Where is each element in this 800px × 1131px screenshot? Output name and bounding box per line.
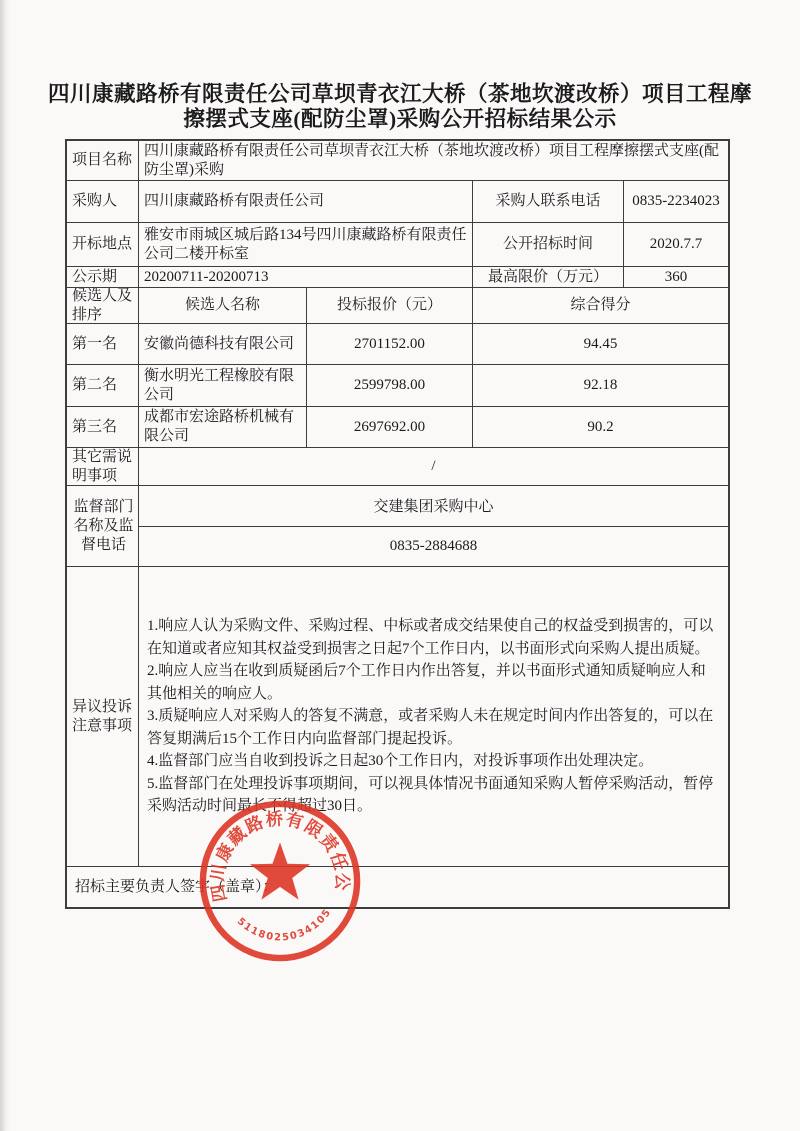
candidate-3-rank: 第三名 bbox=[67, 407, 139, 447]
result-table: 项目名称 四川康藏路桥有限责任公司草坝青衣江大桥（茶地坎渡改桥）项目工程摩擦摆式… bbox=[65, 139, 730, 909]
opening-time-value: 2020.7.7 bbox=[624, 223, 728, 266]
purchaser-value: 四川康藏路桥有限责任公司 bbox=[139, 181, 473, 222]
max-price-value: 360 bbox=[624, 267, 728, 287]
candidate-2-name: 衡水明光工程橡胶有限公司 bbox=[139, 365, 307, 406]
project-name-value: 四川康藏路桥有限责任公司草坝青衣江大桥（茶地坎渡改桥）项目工程摩擦摆式支座(配防… bbox=[139, 141, 728, 180]
purchaser-phone-label: 采购人联系电话 bbox=[473, 181, 624, 222]
project-name-label: 项目名称 bbox=[67, 141, 139, 180]
candidates-price-header: 投标报价（元） bbox=[307, 288, 473, 323]
objection-item-2: 2.响应人应当在收到质疑函后7个工作日内作出答复，并以书面形式通知质疑响应人和其… bbox=[147, 660, 718, 705]
candidate-1-name: 安徽尚德科技有限公司 bbox=[139, 324, 307, 364]
row-candidates-header: 候选人及排序 候选人名称 投标报价（元） 综合得分 bbox=[67, 288, 728, 324]
candidate-3-name: 成都市宏途路桥机械有限公司 bbox=[139, 407, 307, 447]
supervision-label: 监督部门名称及监督电话 bbox=[67, 486, 139, 566]
row-publicity-period: 公示期 20200711-20200713 最高限价（万元） 360 bbox=[67, 267, 728, 288]
opening-location-label: 开标地点 bbox=[67, 223, 139, 266]
candidate-1-price: 2701152.00 bbox=[307, 324, 473, 364]
candidate-1-rank: 第一名 bbox=[67, 324, 139, 364]
row-other-notes: 其它需说明事项 / bbox=[67, 448, 728, 486]
publicity-period-value: 20200711-20200713 bbox=[139, 267, 473, 287]
candidates-name-header: 候选人名称 bbox=[139, 288, 307, 323]
row-purchaser: 采购人 四川康藏路桥有限责任公司 采购人联系电话 0835-2234023 bbox=[67, 181, 728, 223]
row-project-name: 项目名称 四川康藏路桥有限责任公司草坝青衣江大桥（茶地坎渡改桥）项目工程摩擦摆式… bbox=[67, 141, 728, 181]
candidate-row-1: 第一名 安徽尚德科技有限公司 2701152.00 94.45 bbox=[67, 324, 728, 365]
supervision-values: 交建集团采购中心 0835-2884688 bbox=[139, 486, 728, 566]
other-notes-value: / bbox=[139, 448, 728, 485]
seal-registration-number: 5118025034105 bbox=[235, 906, 334, 943]
candidates-rank-header: 候选人及排序 bbox=[67, 288, 139, 323]
document-title-line2: 擦摆式支座(配防尘罩)采购公开招标结果公示 bbox=[40, 107, 760, 132]
objection-item-5: 5.监督部门在处理投诉事项期间，可以视具体情况书面通知采购人暂停采购活动，暂停采… bbox=[147, 773, 718, 818]
candidate-2-score: 92.18 bbox=[473, 365, 728, 406]
row-objection-notes: 异议投诉注意事项 1.响应人认为采购文件、采购过程、中标或者成交结果使自己的权益… bbox=[67, 567, 728, 867]
objection-item-4: 4.监督部门应当自收到投诉之日起30个工作日内，对投诉事项作出处理决定。 bbox=[147, 750, 653, 773]
opening-location-value: 雅安市雨城区城后路134号四川康藏路桥有限责任公司二楼开标室 bbox=[139, 223, 473, 266]
objection-text: 1.响应人认为采购文件、采购过程、中标或者成交结果使自己的权益受到损害的，可以在… bbox=[139, 567, 728, 866]
signature-label: 招标主要负责人签字（盖章）： bbox=[67, 867, 728, 907]
document-title-line1: 四川康藏路桥有限责任公司草坝青衣江大桥（茶地坎渡改桥）项目工程摩 bbox=[40, 82, 760, 107]
other-notes-label: 其它需说明事项 bbox=[67, 448, 139, 485]
max-price-label: 最高限价（万元） bbox=[473, 267, 624, 287]
publicity-period-label: 公示期 bbox=[67, 267, 139, 287]
candidates-score-header: 综合得分 bbox=[473, 288, 728, 323]
purchaser-label: 采购人 bbox=[67, 181, 139, 222]
objection-item-1: 1.响应人认为采购文件、采购过程、中标或者成交结果使自己的权益受到损害的，可以在… bbox=[147, 615, 718, 660]
candidate-row-2: 第二名 衡水明光工程橡胶有限公司 2599798.00 92.18 bbox=[67, 365, 728, 407]
svg-text:5118025034105: 5118025034105 bbox=[235, 906, 334, 943]
row-supervision: 监督部门名称及监督电话 交建集团采购中心 0835-2884688 bbox=[67, 486, 728, 567]
supervision-dept: 交建集团采购中心 bbox=[139, 486, 728, 527]
scan-left-edge-shadow bbox=[0, 0, 10, 1131]
row-signature: 招标主要负责人签字（盖章）： bbox=[67, 867, 728, 907]
document-title: 四川康藏路桥有限责任公司草坝青衣江大桥（茶地坎渡改桥）项目工程摩 擦摆式支座(配… bbox=[40, 82, 760, 132]
opening-time-label: 公开招标时间 bbox=[473, 223, 624, 266]
supervision-phone: 0835-2884688 bbox=[139, 527, 728, 567]
objection-label: 异议投诉注意事项 bbox=[67, 567, 139, 866]
scanned-document-page: { "title": { "line1": "四川康藏路桥有限责任公司草坝青衣江… bbox=[0, 0, 800, 1131]
candidate-2-rank: 第二名 bbox=[67, 365, 139, 406]
candidate-3-price: 2697692.00 bbox=[307, 407, 473, 447]
candidate-3-score: 90.2 bbox=[473, 407, 728, 447]
purchaser-phone-value: 0835-2234023 bbox=[624, 181, 728, 222]
objection-item-3: 3.质疑响应人对采购人的答复不满意，或者采购人未在规定时间内作出答复的，可以在答… bbox=[147, 705, 718, 750]
candidate-1-score: 94.45 bbox=[473, 324, 728, 364]
row-opening-location: 开标地点 雅安市雨城区城后路134号四川康藏路桥有限责任公司二楼开标室 公开招标… bbox=[67, 223, 728, 267]
candidate-row-3: 第三名 成都市宏途路桥机械有限公司 2697692.00 90.2 bbox=[67, 407, 728, 448]
candidate-2-price: 2599798.00 bbox=[307, 365, 473, 406]
